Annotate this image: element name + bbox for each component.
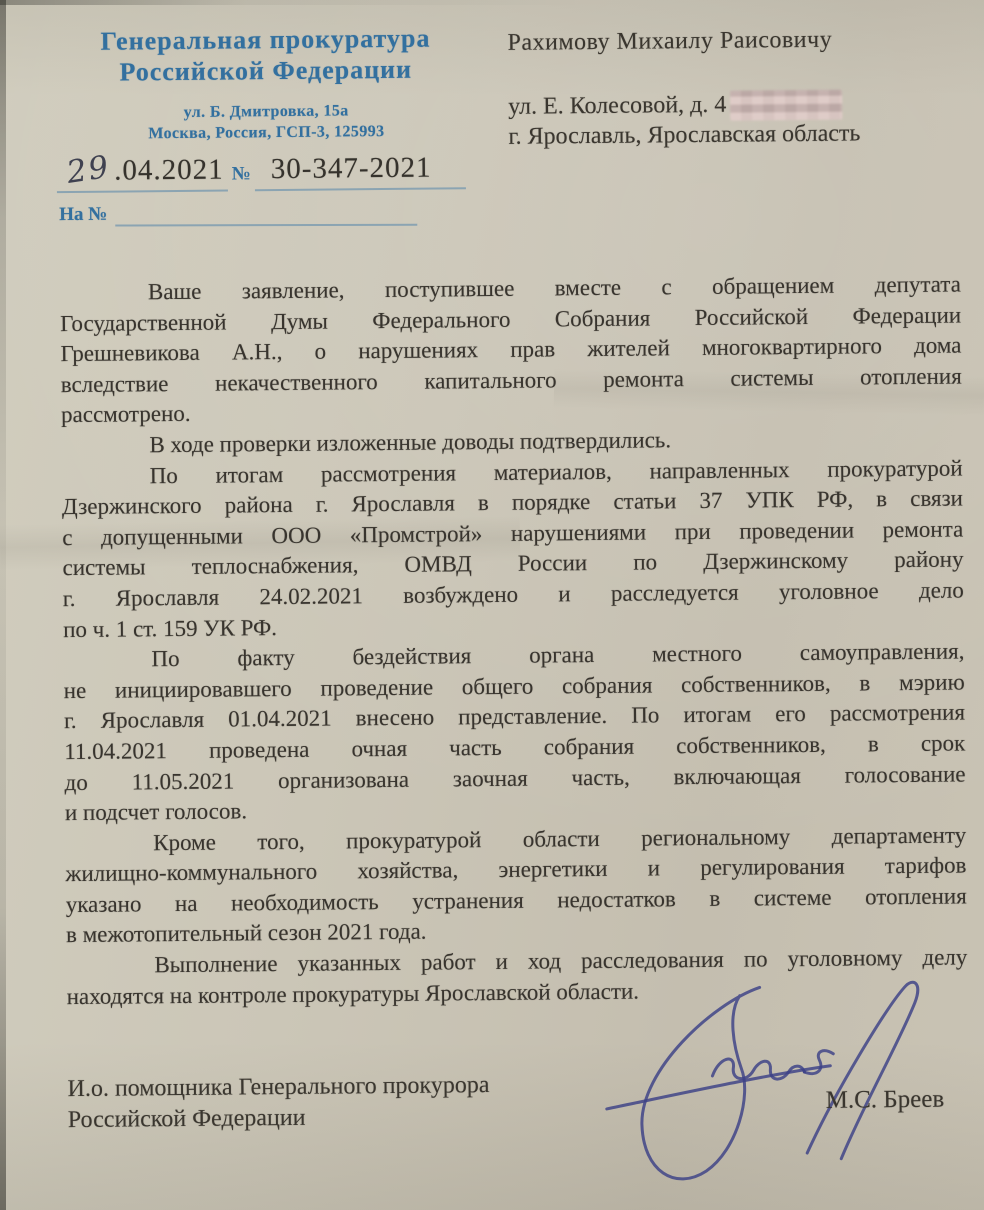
signer-position-line2: Российской Федерации	[68, 1101, 490, 1136]
recipient-street-line: ул. Е. Колесовой, д. 4	[508, 88, 970, 122]
signer-position-line1: И.о. помощника Генерального прокурора	[67, 1070, 489, 1105]
outgoing-number: 30-347-2021	[271, 152, 432, 187]
org-address-line2: Москва, Россия, ГСП-3, 125993	[48, 120, 484, 145]
number-sign: №	[232, 163, 251, 191]
org-address: ул. Б. Дмитровка, 15а Москва, Россия, ГС…	[48, 99, 484, 145]
outgoing-number-segment: 30-347-2021	[255, 151, 466, 191]
recipient-street-text: ул. Е. Колесовой, д. 4	[508, 92, 726, 120]
signer-name: М.С. Бреев	[826, 1086, 945, 1115]
org-name-line2: Российской Федерации	[48, 53, 484, 88]
recipient-address: ул. Е. Колесовой, д. 4 г. Ярославль, Яро…	[508, 88, 971, 151]
redacted-house-number	[730, 90, 842, 121]
recipient-name: Рахимову Михаилу Раисовичу	[507, 25, 969, 56]
paragraph: По факту бездействия органа местного сам…	[63, 637, 966, 829]
org-name-line1: Генеральная прокуратура	[47, 22, 483, 57]
recipient-city-line: г. Ярославль, Ярославская область	[508, 118, 970, 151]
photographed-letter: Генеральная прокуратура Российской Федер…	[0, 0, 984, 1210]
recipient-block: Рахимову Михаилу Раисовичу ул. Е. Колесо…	[507, 25, 970, 151]
reference-line: На №	[59, 201, 417, 228]
signer-position-block: И.о. помощника Генерального прокурора Ро…	[67, 1070, 489, 1136]
paragraph: По итогам рассмотрения материалов, напра…	[62, 453, 965, 645]
reference-label: На №	[59, 204, 107, 228]
date-number-line: 29 .04.2021 № 30-347-2021	[57, 148, 517, 193]
letter-sheet: Генеральная прокуратура Российской Федер…	[0, 0, 984, 1210]
handwritten-date-day: 29	[64, 149, 112, 191]
reference-blank-underline	[115, 224, 417, 227]
paragraph: Кроме того, прокуратурой области региона…	[65, 820, 967, 951]
paragraph: Ваше заявление, поступившее вместе с обр…	[60, 269, 962, 431]
date-segment: 29 .04.2021	[57, 151, 228, 194]
printed-date: .04.2021	[114, 154, 224, 188]
letter-body: Ваше заявление, поступившее вместе с обр…	[60, 269, 968, 1012]
letterhead-block: Генеральная прокуратура Российской Федер…	[47, 22, 484, 145]
